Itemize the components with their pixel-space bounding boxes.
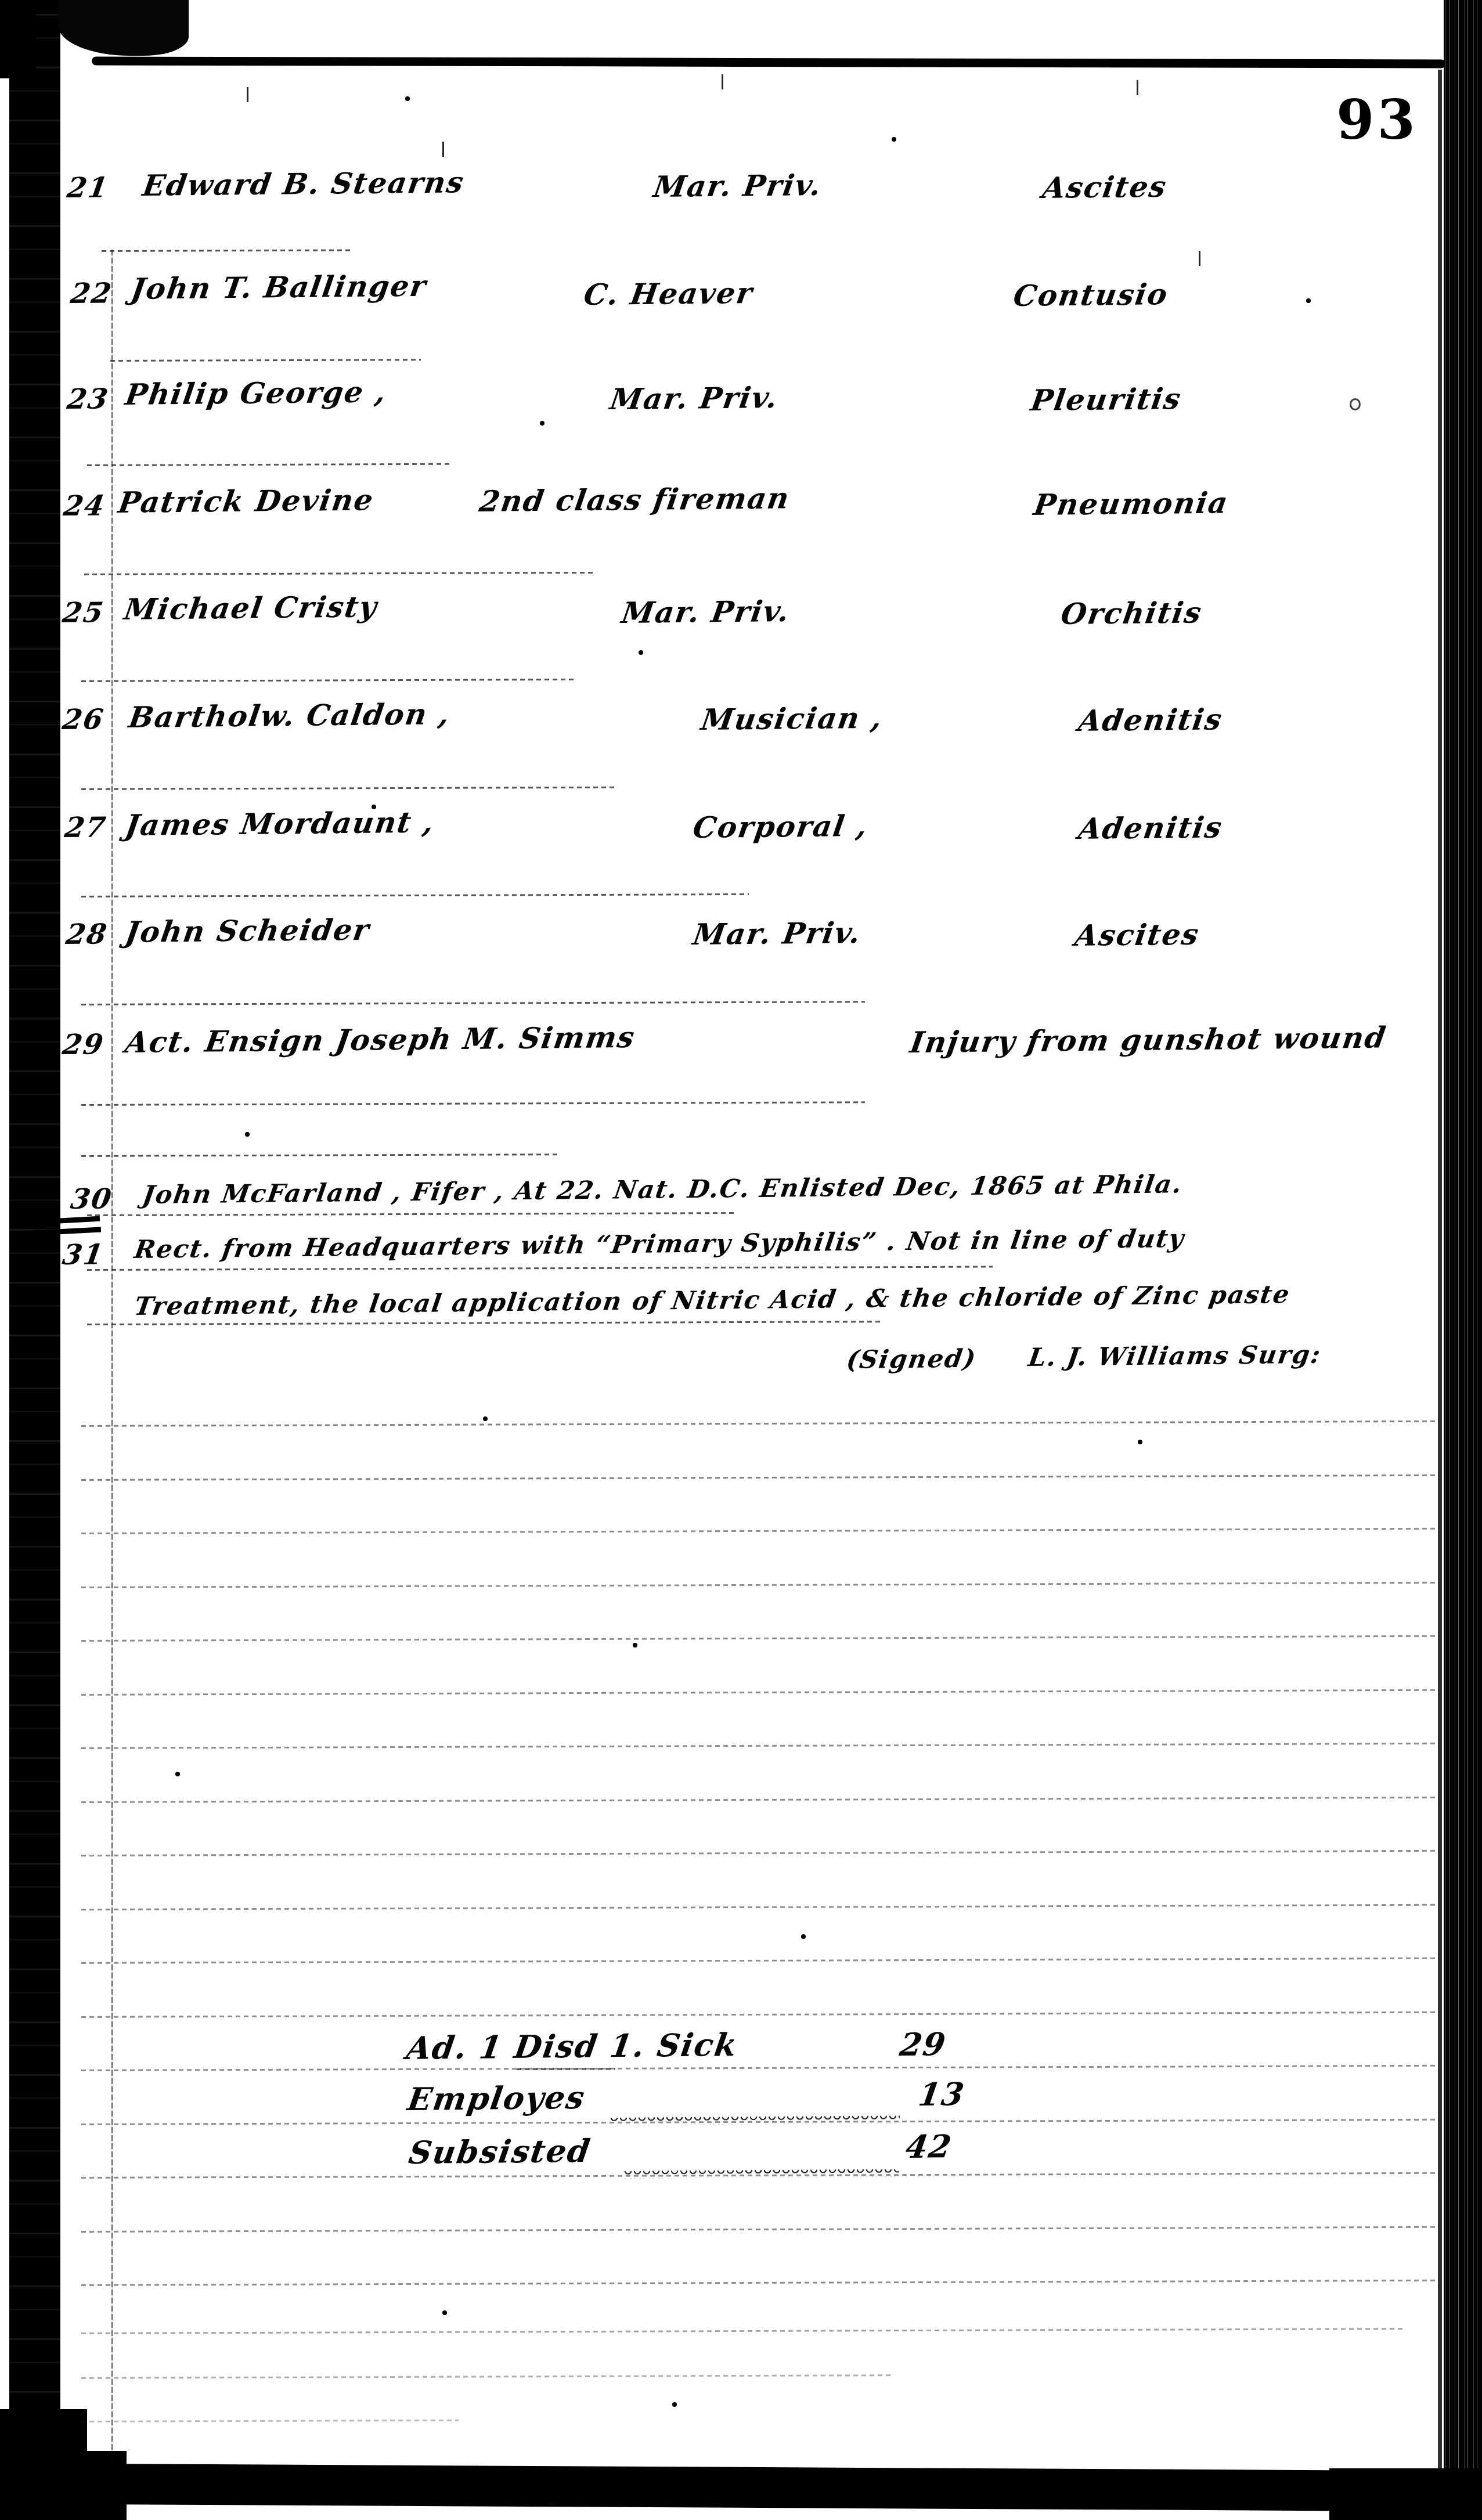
- page-top-edge: [92, 57, 1445, 69]
- entry-disease: Contusio: [1011, 277, 1171, 313]
- ruled-line: [81, 2065, 1437, 2071]
- entry-disease: Pleuritis: [1029, 381, 1184, 417]
- summary-label: Employes: [405, 2079, 588, 2118]
- filler-squiggle: [610, 2115, 900, 2125]
- ruled-line: [81, 1689, 1437, 1696]
- ruled-line: [81, 1743, 1437, 1749]
- entry-name: Patrick Devine: [116, 482, 376, 520]
- summary-label: Ad. 1 Disd 1. Sick: [404, 2026, 740, 2067]
- entry-rank: Corporal ,: [691, 809, 871, 845]
- entry-separator-line: [102, 249, 351, 252]
- entry-separator-line: [81, 787, 615, 790]
- page-right-edge: [1438, 70, 1442, 2479]
- entry-disease: Orchitis: [1059, 595, 1205, 631]
- entry-separator-line: [87, 1321, 882, 1325]
- entry-disease: Ascites: [1040, 170, 1170, 205]
- entry-name: Act. Ensign Joseph M. Simms: [123, 1020, 638, 1059]
- signature: L. J. Williams Surg:: [1026, 1340, 1324, 1372]
- ruled-line: [81, 1582, 1437, 1588]
- ruled-line: [81, 1957, 1437, 1964]
- ruled-line: [81, 1797, 1437, 1803]
- summary-value: 13: [916, 2075, 968, 2113]
- note-line: Treatment, the local application of Nitr…: [132, 1280, 1292, 1321]
- entry-disease: Ascites: [1073, 917, 1202, 953]
- entry-name: John T. Ballinger: [129, 269, 429, 306]
- ledger-page-scan: 93 21 Edward B. Stearns Mar. Priv. Ascit…: [0, 0, 1482, 2520]
- entry-disease: Injury from gunshot wound: [908, 1020, 1389, 1059]
- scan-edge-left-flare: [0, 2409, 87, 2520]
- ruled-line: [81, 1528, 1437, 1534]
- summary-value: 29: [897, 2025, 949, 2063]
- entry-number: 29: [60, 1028, 106, 1061]
- entry-name: James Mordaunt ,: [123, 805, 437, 842]
- entry-number: 25: [60, 596, 106, 629]
- ruled-line: [81, 2374, 894, 2379]
- entry-number: 30: [68, 1183, 114, 1216]
- stray-circle-mark: [1350, 398, 1361, 410]
- ruled-line: [81, 1850, 1437, 1856]
- entry-disease: Adenitis: [1076, 702, 1225, 738]
- entry-separator-line: [81, 1101, 865, 1106]
- ruled-line: [81, 2420, 459, 2422]
- entry-separator-line: [87, 1266, 993, 1271]
- stray-tick-mark: [442, 142, 444, 157]
- stray-tick-mark: [247, 87, 248, 102]
- entry-separator-line: [87, 463, 453, 466]
- entry-number: 21: [65, 171, 111, 204]
- entry-separator-line: [81, 893, 749, 897]
- note-line: Rect. from Headquarters with “Primary Sy…: [132, 1224, 1187, 1264]
- entry-disease: Pneumonia: [1032, 486, 1231, 522]
- scan-smudge-top-left: [58, 0, 189, 56]
- summary-label: Subsisted: [406, 2132, 593, 2171]
- entry-rank: Mar. Priv.: [619, 594, 792, 630]
- entry-rank: C. Heaver: [582, 276, 756, 312]
- stray-tick-mark: [722, 74, 723, 89]
- scan-edge-left-top: [0, 0, 36, 78]
- scan-edge-right: [1444, 0, 1482, 2520]
- ruled-line: [81, 1421, 1437, 1427]
- entry-name: Michael Cristy: [122, 589, 380, 626]
- summary-value: 42: [903, 2128, 955, 2165]
- entry-separator-line: [87, 1212, 737, 1216]
- entry-rank: 2nd class fireman: [477, 481, 792, 518]
- ruled-line: [81, 1474, 1437, 1481]
- entry-rank: Mar. Priv.: [608, 380, 781, 416]
- entry-name: Philip George ,: [123, 374, 390, 412]
- ruled-line: [81, 2280, 1437, 2286]
- entry-name: Bartholw. Caldon ,: [127, 697, 453, 734]
- entry-name: Edward B. Stearns: [140, 165, 467, 203]
- entry-rank: Musician ,: [699, 701, 885, 737]
- entry-number: 22: [68, 277, 114, 310]
- signed-label: (Signed): [845, 1344, 979, 1375]
- margin-rule: [111, 250, 113, 2461]
- entry-number: 23: [65, 383, 111, 416]
- ruled-line: [81, 2328, 1405, 2334]
- entry-number: 28: [64, 918, 110, 951]
- entry-name: John Scheider: [123, 913, 372, 949]
- entry-disease: Adenitis: [1076, 810, 1225, 846]
- entry-number: 31: [60, 1238, 106, 1271]
- ruled-line: [81, 2011, 1437, 2018]
- stray-tick-mark: [1137, 80, 1138, 95]
- entry-number: 26: [60, 703, 106, 736]
- entry-rank: Mar. Priv.: [691, 915, 864, 951]
- entry-number: 24: [62, 489, 107, 522]
- filler-squiggle: [623, 2169, 899, 2178]
- entry-separator-line: [81, 1153, 557, 1157]
- scan-edge-bottom-right: [1329, 2468, 1482, 2520]
- stray-tick-mark: [1199, 251, 1200, 266]
- page-number: 93: [1336, 88, 1418, 152]
- paper-specks: [0, 0, 2, 2]
- entry-separator-line: [81, 1001, 865, 1005]
- ruled-line: [81, 2226, 1437, 2233]
- ruled-line: [81, 1904, 1437, 1910]
- entry-separator-line: [81, 679, 575, 682]
- entry-rank: Mar. Priv.: [651, 168, 824, 204]
- ruled-line: [81, 1635, 1437, 1642]
- page-bottom-edge: [28, 2463, 1482, 2511]
- entry-separator-line: [110, 359, 421, 362]
- scan-edge-left: [9, 0, 60, 2520]
- note-line: John McFarland , Fifer , At 22. Nat. D.C…: [140, 1170, 1185, 1210]
- entry-number: 27: [63, 811, 109, 844]
- entry-separator-line: [84, 572, 595, 575]
